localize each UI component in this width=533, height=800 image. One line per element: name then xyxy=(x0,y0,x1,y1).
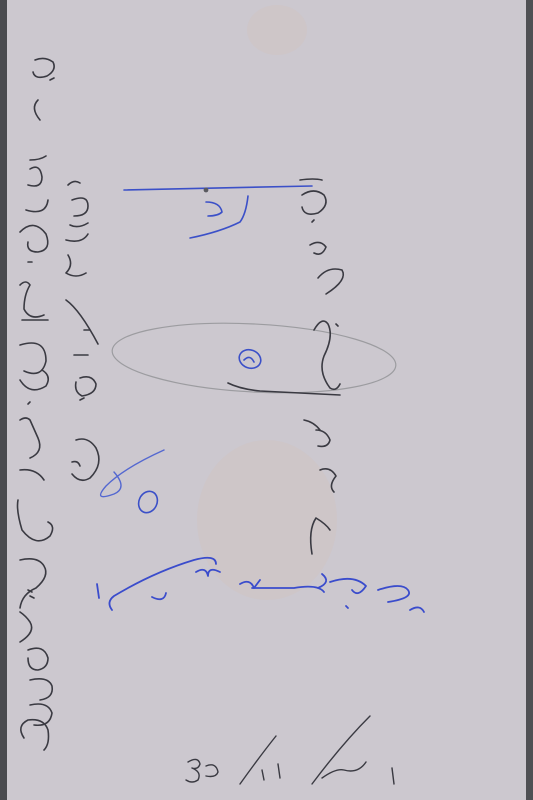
blue-circle-marks xyxy=(135,347,263,516)
handwritten-line-1 xyxy=(18,58,55,750)
handwritten-line-4 xyxy=(124,186,312,238)
blue-loop-mark xyxy=(101,450,164,497)
handwriting-layer xyxy=(0,0,533,800)
handwritten-line-2 xyxy=(66,181,99,480)
pencil-ellipse xyxy=(110,317,397,400)
ink-dot xyxy=(204,188,209,193)
handwritten-line-5 xyxy=(97,558,424,612)
handwritten-line-6 xyxy=(186,716,394,784)
